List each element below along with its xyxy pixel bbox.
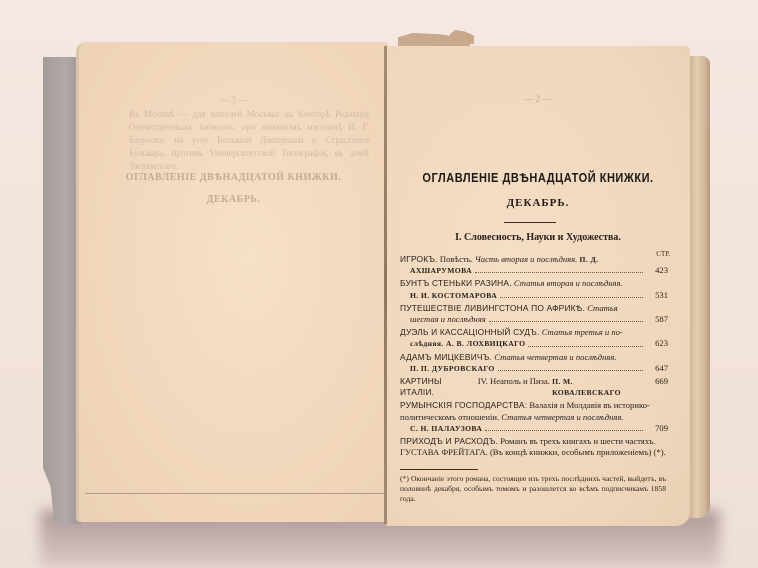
- footnote: (*) Окончаніе этого романа, состоящее из…: [400, 474, 666, 504]
- bleed-page-number: — 3 —: [79, 94, 388, 107]
- left-page: — 3 — Въ Москвѣ — для жителей Москвы: въ…: [76, 42, 388, 522]
- toc-entry: ДУЭЛЬ И КАССАЦІОННЫЙ СУДЪ. Статья третья…: [400, 327, 668, 349]
- bleed-heading: ОГЛАВЛЕНІЕ ДВѢНАДЦАТОЙ КНИЖКИ.: [79, 172, 388, 183]
- page-fold-line: [85, 493, 384, 494]
- toc-entry: БУНТЪ СТЕНЬКИ РАЗИНА. Статья вторая и по…: [400, 278, 668, 300]
- bleed-paragraph: Въ Москвѣ — для жителей Москвы: въ Конто…: [129, 108, 369, 173]
- toc-entry: РУМЫНСКІЯ ГОСПОДАРСТВА: Валахія и Молдав…: [400, 400, 668, 434]
- right-page: — 2 — ОГЛАВЛЕНІЕ ДВѢНАДЦАТОЙ КНИЖКИ. ДЕК…: [386, 46, 690, 526]
- page-ref: 423: [646, 265, 668, 276]
- footnote-rule: [400, 469, 478, 470]
- page-ref: 647: [646, 363, 668, 374]
- page-ref: 531: [646, 290, 668, 301]
- section-heading: I. Словесность, Науки и Художества.: [386, 232, 690, 243]
- toc-title: ОГЛАВЛЕНІЕ ДВѢНАДЦАТОЙ КНИЖКИ.: [404, 171, 672, 185]
- page-ref: 709: [646, 423, 668, 434]
- page-block-edge: [688, 56, 710, 518]
- page-ref: 587: [646, 314, 668, 325]
- toc-list: ИГРОКЪ. Повѣсть. Часть вторая и послѣдня…: [400, 254, 668, 460]
- toc-month: ДЕКАБРЬ.: [386, 197, 690, 209]
- title-rule: [504, 222, 556, 223]
- page-number: — 2 —: [386, 94, 690, 104]
- toc-entry: ПРИХОДЪ И РАСХОДЪ. Романъ въ трехъ книга…: [400, 436, 668, 458]
- torn-page-fragment: [450, 30, 474, 44]
- toc-entry: АДАМЪ МИЦКЕВИЧЪ. Статья четвертая и посл…: [400, 352, 668, 374]
- toc-entry: ИГРОКЪ. Повѣсть. Часть вторая и послѣдня…: [400, 254, 668, 276]
- page-ref: 623: [646, 338, 668, 349]
- book-spine-gutter: [384, 46, 387, 524]
- bleed-subheading: ДЕКАБРЬ.: [79, 194, 388, 205]
- toc-entry: ПУТЕШЕСТВІЕ ЛИВИНГСТОНА ПО АФРИКѢ. Стать…: [400, 303, 668, 325]
- page-ref: 669: [647, 376, 668, 398]
- toc-entry: КАРТИНЫ ИТАЛІИ. IV. Неаполь и Пиза. П. М…: [400, 376, 668, 398]
